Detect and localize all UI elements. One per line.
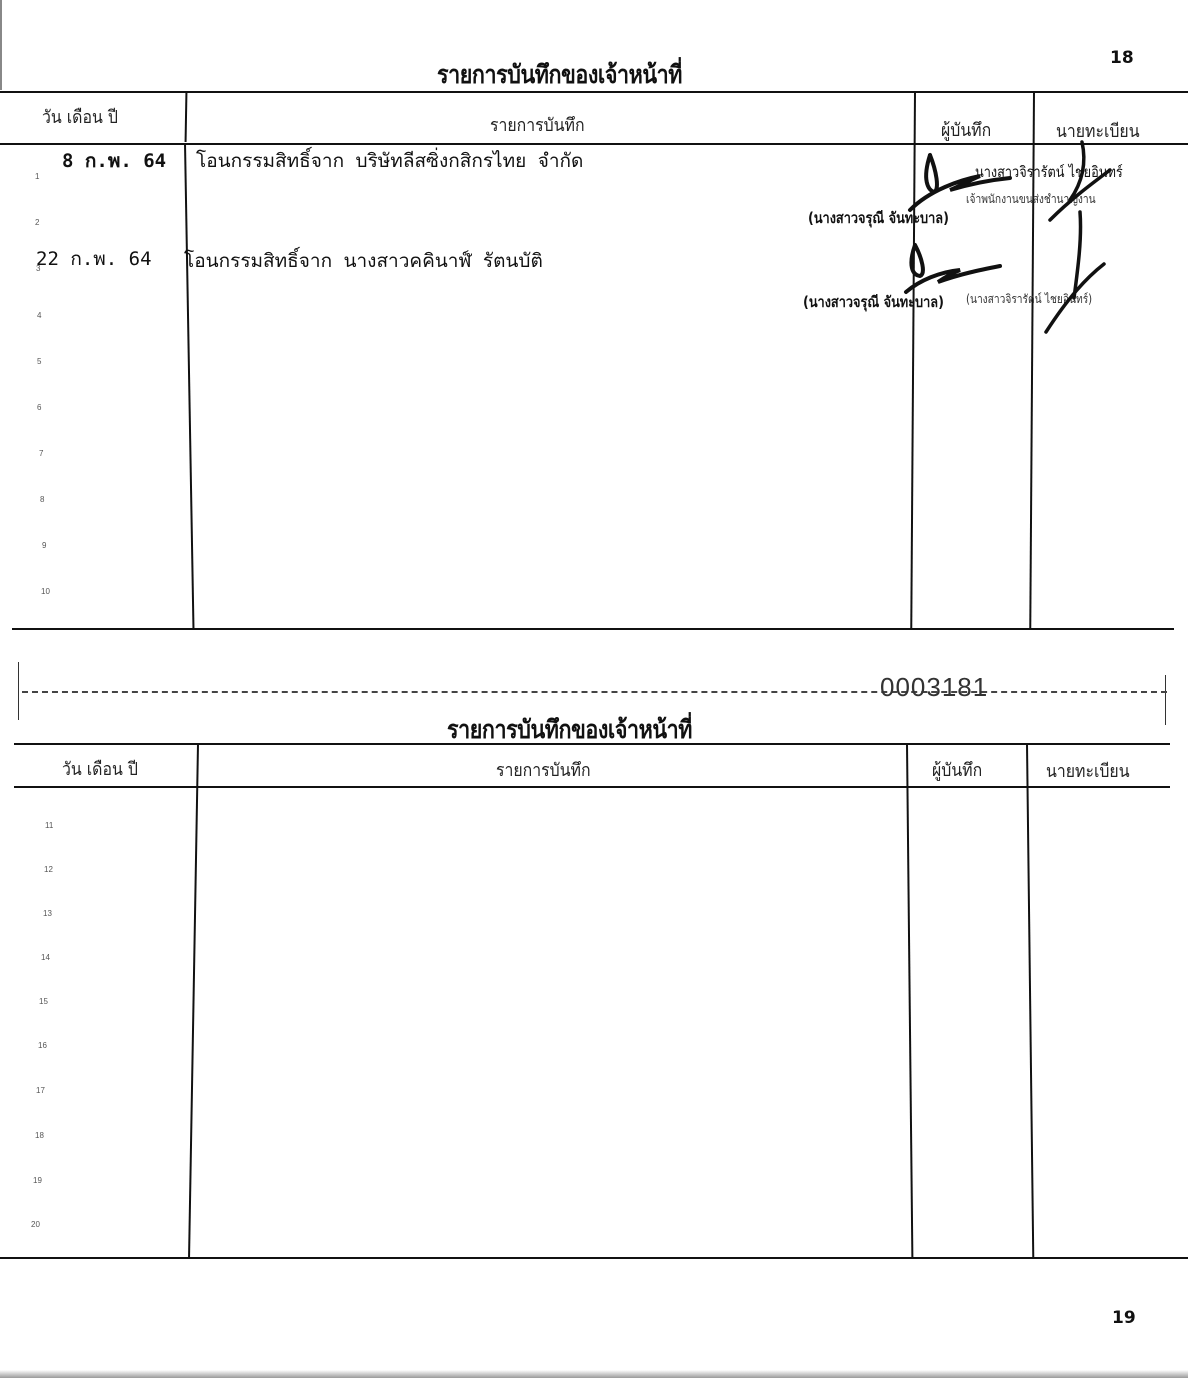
row-number: 5 [37, 357, 41, 366]
row-number: 17 [36, 1086, 45, 1095]
row-number: 16 [38, 1041, 47, 1050]
scan-edge [0, 1370, 1188, 1378]
row-number: 7 [39, 449, 43, 458]
table-bottom-border [0, 1257, 1188, 1259]
table-top-border [0, 91, 1188, 93]
row-number: 6 [37, 403, 41, 412]
row-number: 14 [41, 953, 50, 962]
column-header-recorder: ผู้บันทึก [932, 755, 982, 784]
entry-date: 22 ก.พ. 64 [36, 244, 152, 274]
column-header-date: วัน เดือน ปี [62, 754, 138, 783]
row-number: 2 [35, 218, 39, 227]
row-number: 8 [40, 495, 44, 504]
row-number: 10 [41, 587, 50, 596]
column-divider [906, 744, 913, 1258]
row-number: 15 [39, 997, 48, 1006]
entry-record: โอนกรรมสิทธิ์จาก นางสาวคคินาฬ์ รัตนบัติ [184, 246, 543, 276]
registrar-signature-icon [1040, 208, 1130, 338]
page-edge [1165, 675, 1166, 725]
page-number: 18 [1110, 48, 1134, 68]
row-number: 19 [33, 1176, 42, 1185]
entry-date: 8 ก.พ. 64 [62, 146, 166, 176]
row-number: 11 [45, 821, 53, 830]
table-header-bottom-border [14, 786, 1170, 788]
row-number: 4 [37, 311, 41, 320]
table-bottom-border [12, 628, 1174, 630]
page-edge [0, 0, 2, 90]
table-header-bottom-border [0, 143, 1188, 145]
column-header-registrar: นายทะเบียน [1046, 756, 1130, 785]
perforation-line [22, 691, 1167, 693]
page-number: 19 [1112, 1308, 1136, 1328]
recorder-signature-icon [900, 150, 1020, 220]
column-divider [1026, 744, 1034, 1258]
row-number: 9 [42, 541, 46, 550]
column-header-recorder: ผู้บันทึก [941, 115, 991, 144]
column-header-date: วัน เดือน ปี [42, 102, 118, 131]
row-number: 12 [44, 865, 53, 874]
row-number: 13 [43, 909, 52, 918]
entry-record: โอนกรรมสิทธิ์จาก บริษัทลีสซิ่งกสิกรไทย จ… [196, 146, 583, 176]
page-title: รายการบันทึกของเจ้าหน้าที่ [437, 55, 682, 95]
row-number: 1 [35, 172, 39, 181]
column-divider [185, 92, 188, 142]
page-edge [18, 662, 19, 720]
column-divider [188, 744, 199, 1258]
row-number: 18 [35, 1131, 44, 1140]
column-header-record: รายการบันทึก [496, 755, 591, 784]
column-header-record: รายการบันทึก [490, 110, 585, 139]
serial-stamp: 0003181 [880, 672, 988, 703]
recorder-signature-icon [900, 240, 1010, 300]
column-divider [184, 143, 194, 629]
row-number: 20 [31, 1220, 40, 1229]
table-top-border [14, 743, 1170, 745]
